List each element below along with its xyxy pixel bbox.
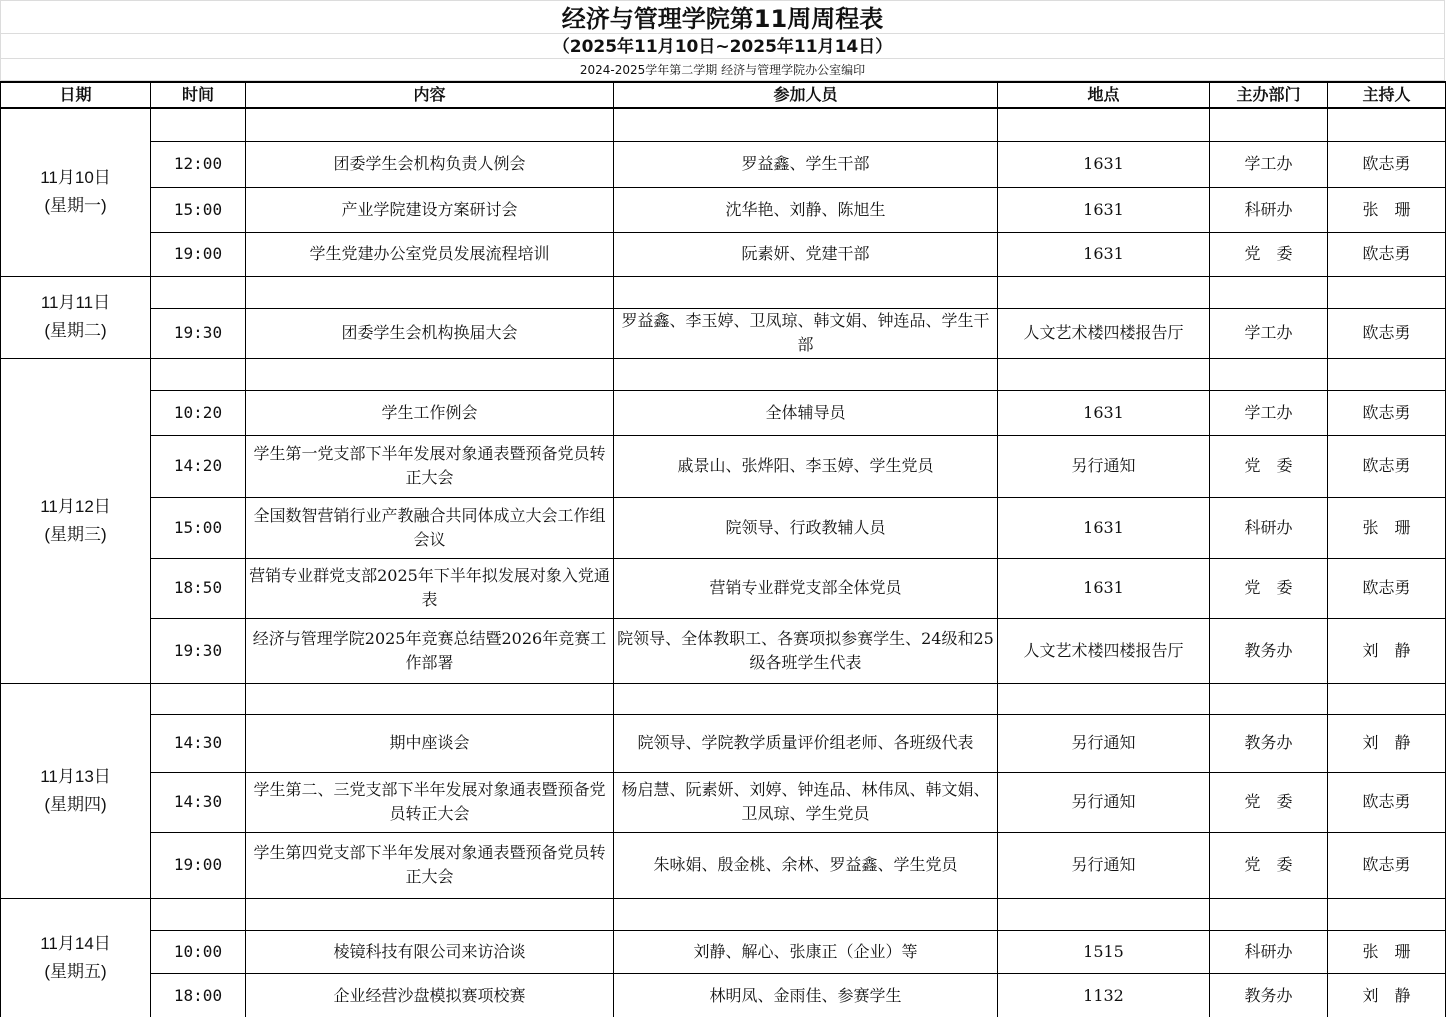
event-location: 1631 [998,390,1210,435]
event-time: 14:30 [151,772,246,832]
event-content [246,108,614,141]
event-participants [614,683,998,714]
column-header-department: 主办部门 [1210,82,1328,108]
event-department: 教务办 [1210,618,1328,683]
event-participants: 刘静、解心、张康正（企业）等 [614,930,998,973]
table-row: 19:00学生第四党支部下半年发展对象通表暨预备党员转正大会朱咏娟、殷金桃、余林… [1,832,1446,898]
event-participants: 林明凤、金雨佳、参赛学生 [614,973,998,1017]
event-host: 刘 静 [1328,973,1446,1017]
event-content: 学生第四党支部下半年发展对象通表暨预备党员转正大会 [246,832,614,898]
event-host [1328,898,1446,930]
event-participants: 朱咏娟、殷金桃、余林、罗益鑫、学生党员 [614,832,998,898]
event-location: 另行通知 [998,714,1210,772]
event-location [998,358,1210,390]
event-participants: 全体辅导员 [614,390,998,435]
event-content: 营销专业群党支部2025年下半年拟发展对象入党通表 [246,558,614,618]
weekday-label: (星期二) [3,317,148,345]
event-content: 产业学院建设方案研讨会 [246,187,614,232]
event-time: 10:20 [151,390,246,435]
column-header-location: 地点 [998,82,1210,108]
event-time [151,276,246,308]
table-row: 11月14日(星期五) [1,898,1446,930]
event-location: 1631 [998,558,1210,618]
column-header-time: 时间 [151,82,246,108]
event-host [1328,108,1446,141]
event-time: 19:00 [151,232,246,276]
event-host: 刘 静 [1328,714,1446,772]
event-host [1328,276,1446,308]
event-department [1210,898,1328,930]
date-cell: 11月10日(星期一) [1,108,151,276]
column-header-host: 主持人 [1328,82,1446,108]
event-host: 欧志勇 [1328,232,1446,276]
event-department: 科研办 [1210,497,1328,558]
weekday-label: (星期四) [3,791,148,819]
event-location [998,898,1210,930]
event-location: 1631 [998,187,1210,232]
column-header-date: 日期 [1,82,151,108]
event-time: 14:20 [151,435,246,497]
event-participants [614,358,998,390]
event-participants: 院领导、行政教辅人员 [614,497,998,558]
table-row: 15:00产业学院建设方案研讨会沈华艳、刘静、陈旭生1631科研办张 珊 [1,187,1446,232]
event-content [246,683,614,714]
event-time [151,898,246,930]
table-row: 18:50营销专业群党支部2025年下半年拟发展对象入党通表营销专业群党支部全体… [1,558,1446,618]
weekday-label: (星期三) [3,521,148,549]
event-content: 棱镜科技有限公司来访洽谈 [246,930,614,973]
event-host: 欧志勇 [1328,308,1446,358]
date-cell: 11月11日(星期二) [1,276,151,358]
event-content [246,276,614,308]
event-content: 学生工作例会 [246,390,614,435]
event-participants: 罗益鑫、李玉婷、卫凤琼、韩文娟、钟连品、学生干部 [614,308,998,358]
event-time: 15:00 [151,497,246,558]
table-row: 11月11日(星期二) [1,276,1446,308]
column-header-content: 内容 [246,82,614,108]
date-label: 11月14日 [3,930,148,958]
table-row: 11月13日(星期四) [1,683,1446,714]
weekday-label: (星期一) [3,192,148,220]
date-label: 11月11日 [3,289,148,317]
event-content: 期中座谈会 [246,714,614,772]
page-title: 经济与管理学院第11周周程表 [0,0,1445,34]
event-location [998,683,1210,714]
table-row: 15:00全国数智营销行业产教融合共同体成立大会工作组会议院领导、行政教辅人员1… [1,497,1446,558]
event-location: 人文艺术楼四楼报告厅 [998,308,1210,358]
event-host [1328,683,1446,714]
event-participants: 营销专业群党支部全体党员 [614,558,998,618]
event-department: 党 委 [1210,832,1328,898]
event-department [1210,276,1328,308]
event-host: 张 珊 [1328,187,1446,232]
table-header-row: 日期 时间 内容 参加人员 地点 主办部门 主持人 [1,82,1446,108]
column-header-participants: 参加人员 [614,82,998,108]
event-participants: 杨启慧、阮素妍、刘婷、钟连品、林伟凤、韩文娟、卫凤琼、学生党员 [614,772,998,832]
event-host: 张 珊 [1328,930,1446,973]
event-location: 1515 [998,930,1210,973]
event-time [151,683,246,714]
table-row: 14:30学生第二、三党支部下半年发展对象通表暨预备党员转正大会杨启慧、阮素妍、… [1,772,1446,832]
event-host: 欧志勇 [1328,141,1446,187]
table-row: 19:30经济与管理学院2025年竞赛总结暨2026年竞赛工作部署院领导、全体教… [1,618,1446,683]
table-row: 10:00棱镜科技有限公司来访洽谈刘静、解心、张康正（企业）等1515科研办张 … [1,930,1446,973]
event-time: 15:00 [151,187,246,232]
event-participants: 戚景山、张烨阳、李玉婷、学生党员 [614,435,998,497]
table-row: 18:00企业经营沙盘模拟赛项校赛林明凤、金雨佳、参赛学生1132教务办刘 静 [1,973,1446,1017]
event-department [1210,683,1328,714]
event-location: 1631 [998,232,1210,276]
date-cell: 11月14日(星期五) [1,898,151,1017]
event-content: 团委学生会机构负责人例会 [246,141,614,187]
event-department: 党 委 [1210,558,1328,618]
event-host: 欧志勇 [1328,832,1446,898]
table-row: 12:00团委学生会机构负责人例会罗益鑫、学生干部1631学工办欧志勇 [1,141,1446,187]
table-row: 11月10日(星期一) [1,108,1446,141]
event-host: 欧志勇 [1328,772,1446,832]
date-cell: 11月12日(星期三) [1,358,151,683]
event-host: 欧志勇 [1328,435,1446,497]
schedule-table: 日期 时间 内容 参加人员 地点 主办部门 主持人 11月10日(星期一)12:… [0,81,1446,1017]
event-participants [614,898,998,930]
event-time: 18:50 [151,558,246,618]
event-host: 张 珊 [1328,497,1446,558]
schedule-body: 11月10日(星期一)12:00团委学生会机构负责人例会罗益鑫、学生干部1631… [1,108,1446,1017]
event-department: 科研办 [1210,187,1328,232]
event-content: 学生党建办公室党员发展流程培训 [246,232,614,276]
table-row: 14:20学生第一党支部下半年发展对象通表暨预备党员转正大会戚景山、张烨阳、李玉… [1,435,1446,497]
event-time: 14:30 [151,714,246,772]
event-content [246,898,614,930]
event-content: 学生第二、三党支部下半年发展对象通表暨预备党员转正大会 [246,772,614,832]
table-row: 11月12日(星期三) [1,358,1446,390]
event-location: 人文艺术楼四楼报告厅 [998,618,1210,683]
event-time: 10:00 [151,930,246,973]
date-label: 11月10日 [3,164,148,192]
event-time: 19:00 [151,832,246,898]
event-location: 另行通知 [998,435,1210,497]
event-participants: 阮素妍、党建干部 [614,232,998,276]
event-content: 团委学生会机构换届大会 [246,308,614,358]
event-department: 党 委 [1210,232,1328,276]
event-time: 12:00 [151,141,246,187]
date-label: 11月12日 [3,493,148,521]
event-content: 经济与管理学院2025年竞赛总结暨2026年竞赛工作部署 [246,618,614,683]
event-participants: 罗益鑫、学生干部 [614,141,998,187]
event-location: 另行通知 [998,832,1210,898]
event-content: 学生第一党支部下半年发展对象通表暨预备党员转正大会 [246,435,614,497]
event-department: 党 委 [1210,772,1328,832]
event-time [151,358,246,390]
event-department: 科研办 [1210,930,1328,973]
event-location [998,276,1210,308]
event-department [1210,108,1328,141]
event-participants: 院领导、全体教职工、各赛项拟参赛学生、24级和25级各班学生代表 [614,618,998,683]
date-cell: 11月13日(星期四) [1,683,151,898]
event-content: 全国数智营销行业产教融合共同体成立大会工作组会议 [246,497,614,558]
subtitle: 2024-2025学年第二学期 经济与管理学院办公室编印 [0,59,1445,81]
event-time: 19:30 [151,308,246,358]
event-location: 另行通知 [998,772,1210,832]
event-location: 1631 [998,497,1210,558]
event-department [1210,358,1328,390]
event-host: 刘 静 [1328,618,1446,683]
event-department: 学工办 [1210,308,1328,358]
event-participants: 院领导、学院教学质量评价组老师、各班级代表 [614,714,998,772]
event-department: 教务办 [1210,714,1328,772]
event-content [246,358,614,390]
event-host: 欧志勇 [1328,558,1446,618]
event-participants [614,108,998,141]
event-time [151,108,246,141]
event-location: 1132 [998,973,1210,1017]
event-department: 教务办 [1210,973,1328,1017]
table-row: 19:30团委学生会机构换届大会罗益鑫、李玉婷、卫凤琼、韩文娟、钟连品、学生干部… [1,308,1446,358]
event-time: 19:30 [151,618,246,683]
event-location [998,108,1210,141]
event-participants: 沈华艳、刘静、陈旭生 [614,187,998,232]
event-time: 18:00 [151,973,246,1017]
event-participants [614,276,998,308]
event-department: 学工办 [1210,141,1328,187]
table-row: 14:30期中座谈会院领导、学院教学质量评价组老师、各班级代表另行通知教务办刘 … [1,714,1446,772]
event-host [1328,358,1446,390]
weekday-label: (星期五) [3,958,148,986]
event-department: 党 委 [1210,435,1328,497]
event-content: 企业经营沙盘模拟赛项校赛 [246,973,614,1017]
event-department: 学工办 [1210,390,1328,435]
event-host: 欧志勇 [1328,390,1446,435]
table-row: 19:00学生党建办公室党员发展流程培训阮素妍、党建干部1631党 委欧志勇 [1,232,1446,276]
table-row: 10:20学生工作例会全体辅导员1631学工办欧志勇 [1,390,1446,435]
date-range: （2025年11月10日~2025年11月14日） [0,34,1445,59]
date-label: 11月13日 [3,763,148,791]
event-location: 1631 [998,141,1210,187]
